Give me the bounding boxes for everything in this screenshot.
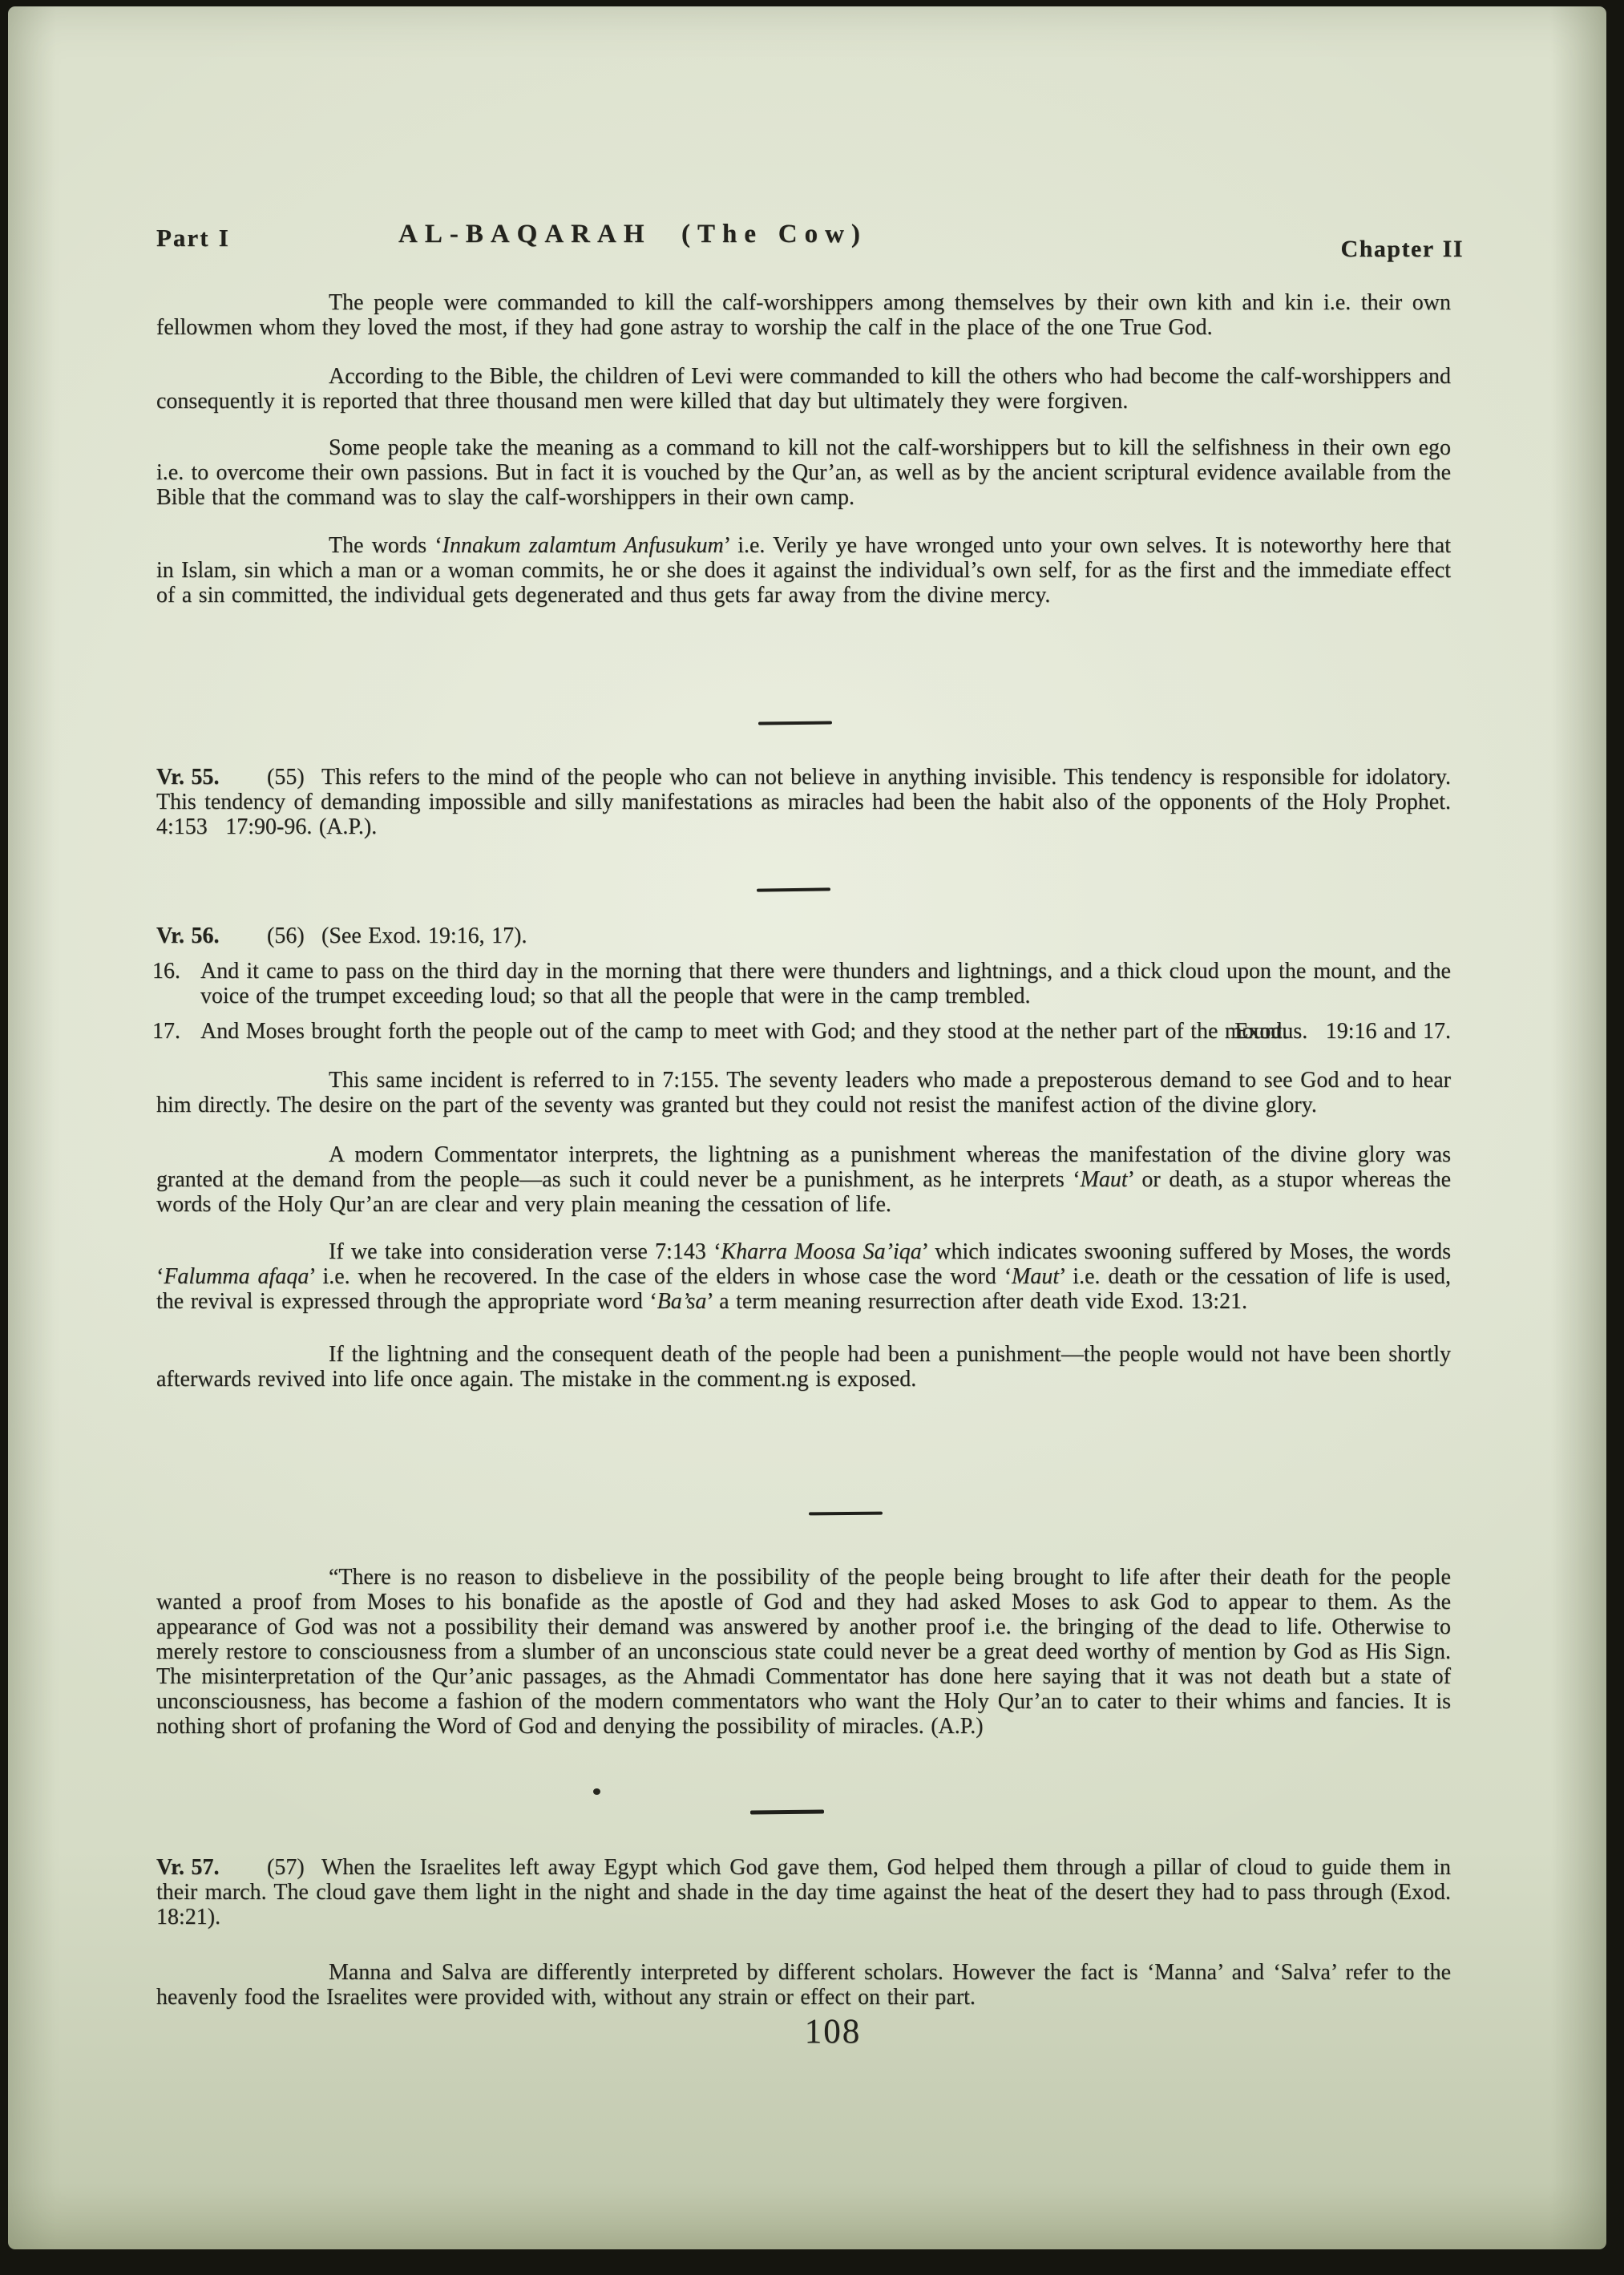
text-run: If the lightning and the consequent deat… [156,1342,1451,1392]
header-chapter-label: Chapter II [1341,236,1464,261]
verse-55-section: Vr. 55.(55)This refers to the mind of th… [156,765,1451,839]
transliteration-italic: Maut [1081,1167,1128,1192]
scripture-item-number: 16. [176,959,200,984]
verse-number: (55) [267,765,321,790]
header-part-label: Part I [156,225,230,250]
text-run: This refers to the mind of the people wh… [156,765,1451,839]
text-run: (See Exod. 19:16, 17). [321,923,527,948]
section-separator [809,1512,883,1516]
paragraph: If the lightning and the consequent deat… [156,1342,1451,1392]
verse-label: Vr. 56. [156,923,267,948]
paragraph: According to the Bible, the children of … [156,364,1451,414]
paragraph: “There is no reason to disbelieve in the… [156,1565,1451,1739]
transliteration-italic: Innakum zalamtum Anfusukum [442,533,724,558]
verse-commentary: Vr. 56.(56)(See Exod. 19:16, 17). [156,923,1451,948]
section-separator [758,721,832,725]
text-run: “There is no reason to disbelieve in the… [156,1565,1451,1739]
verse-number: (57) [267,1855,321,1880]
section-separator [757,887,830,891]
page-number: 108 [21,2019,1624,2044]
text-run: And Moses brought forth the people out o… [200,1019,1287,1044]
ink-dot [593,1788,600,1795]
paragraph: Some people take the meaning as a comman… [156,435,1451,510]
text-run: Some people take the meaning as a comman… [156,435,1451,510]
commentary-top-section: The people were commanded to kill the ca… [156,290,1451,608]
verse-number: (56) [267,923,321,948]
verse-commentary: Vr. 57.(57)When the Israelites left away… [156,1855,1451,1930]
paragraph: A modern Commentator interprets, the lig… [156,1142,1451,1217]
text-run: ’ a term meaning resurrection after deat… [706,1289,1247,1314]
quoted-scripture-item: 16.And it came to pass on the third day … [200,959,1451,1008]
transliteration-italic: Kharra Moosa Sa’iqa [721,1239,921,1264]
transliteration-italic: Falumma afaqa [164,1264,309,1289]
text-run: And it came to pass on the third day in … [200,959,1451,1008]
scripture-item-number: 17. [176,1019,200,1044]
text-run: According to the Bible, the children of … [156,364,1451,414]
text-run: ’ i.e. when he recovered. In the case of… [309,1264,1012,1289]
verse-label: Vr. 55. [156,765,267,790]
text-run: When the Israelites left away Egypt whic… [156,1855,1451,1930]
verse-56-section: Vr. 56.(56)(See Exod. 19:16, 17).16.And … [156,923,1451,1392]
text-run: The words ‘ [329,533,442,558]
verse-commentary: Vr. 55.(55)This refers to the mind of th… [156,765,1451,839]
paragraph: The people were commanded to kill the ca… [156,290,1451,340]
transliteration-italic: Maut [1012,1264,1059,1289]
text-run: This same incident is referred to in 7:1… [156,1068,1451,1117]
paragraph: The words ‘Innakum zalamtum Anfusukum’ i… [156,533,1451,608]
quote-ap-section: “There is no reason to disbelieve in the… [156,1565,1451,1739]
verse-57-section: Vr. 57.(57)When the Israelites left away… [156,1855,1451,2010]
paragraph: This same incident is referred to in 7:1… [156,1068,1451,1117]
header-surah-title: AL-BAQARAH (The Cow) [398,222,867,247]
scan-border: Part I AL-BAQARAH (The Cow) Chapter II T… [0,0,1624,2275]
verse-label: Vr. 57. [156,1855,267,1880]
text-run: The people were commanded to kill the ca… [156,290,1451,340]
text-run: Manna and Salva are differently interpre… [156,1960,1451,2010]
section-separator [750,1809,824,1814]
paragraph: Manna and Salva are differently interpre… [156,1960,1451,2010]
text-run: If we take into consideration verse 7:14… [329,1239,721,1264]
paragraph: If we take into consideration verse 7:14… [156,1239,1451,1314]
transliteration-italic: Ba’sa [657,1289,707,1314]
page-content: Part I AL-BAQARAH (The Cow) Chapter II T… [0,0,1624,2275]
